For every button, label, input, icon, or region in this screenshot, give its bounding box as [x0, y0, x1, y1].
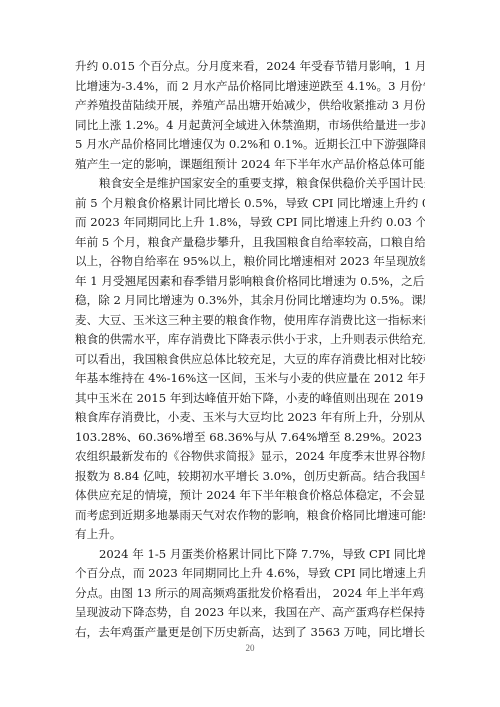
document-page: 升约 0.015 个百分点。分月度来看，2024 年受春节错月影响，1 月水产品…: [0, 0, 500, 707]
text-line: 粮食库存消费比，小麦、玉米与大豆均比 2023 年有所上升，分别从 92.23%…: [75, 408, 425, 428]
text-line: 比增速为-3.4%，而 2 月水产品价格同比增速逆跌至 4.1%。3 月份气温回…: [75, 77, 425, 97]
paragraph-eggs: 2024 年 1-5 月蛋类价格累计同比下降 7.7%，导致 CPI 同比增速下…: [75, 545, 425, 643]
text-line: 年基本维持在 4%-16%这一区间，玉米与小麦的供应量在 2012 年开始大幅上…: [75, 369, 425, 389]
text-line: 年前 5 个月，粮食产量稳步攀升，且我国粮食自给率较高，口粮自给率在 100%: [75, 233, 425, 253]
text-line: 稳，除 2 月同比增速为 0.3%外，其余月份同比增速均为 0.5%。课题组选择…: [75, 291, 425, 311]
text-line: 报数为 8.84 亿吨，较期初水平增长 3.0%，创历史新高。结合我国与世界粮食…: [75, 467, 425, 487]
text-line: 产养殖投苗陆续开展，养殖产品出塘开始减少，供给收紧推动 3 月份水产品价格: [75, 96, 425, 116]
text-line: 103.28%、60.36%增至 68.36%与从 7.64%增至 8.29%。…: [75, 428, 425, 448]
text-line: 农组织最新发布的《谷物供求简报》显示，2024 年度季末世界谷物库存量最新预: [75, 447, 425, 467]
text-line: 可以看出，我国粮食供应总体比较充足，大豆的库存消费比相对比较稳定，近 20: [75, 350, 425, 370]
text-line: 麦、大豆、玉米这三种主要的粮食作物，使用库存消费比这一指标来衡量这三种: [75, 311, 425, 331]
text-line: 体供应充足的情境，预计 2024 年下半年粮食价格总体稳定，不会显著上涨，然: [75, 486, 425, 506]
paragraph-grain: 粮食安全是维护国家安全的重要支撑，粮食保供稳价关乎国计民生。2024 年 前 5…: [75, 174, 425, 545]
text-line: 2024 年 1-5 月蛋类价格累计同比下降 7.7%，导致 CPI 同比增速下…: [75, 545, 425, 565]
text-line: 其中玉米在 2015 年到达峰值开始下降，小麦的峰值则出现在 2019 年。20…: [75, 389, 425, 409]
text-line: 分点。由图 13 所示的周高频鸡蛋批发价格看出， 2024 年上半年鸡蛋价格整体: [75, 584, 425, 604]
text-line: 粮食的供需水平，库存消费比下降表示供小于求，上升则表示供给充足。从图 12: [75, 330, 425, 350]
text-line: 呈现波动下降态势，自 2023 年以来，我国在产、高产蛋鸡存栏保持在 11 亿只…: [75, 603, 425, 623]
text-line: 同比上涨 1.2%。4 月起黄河全域进入休禁渔期，市场供给量进一步减少。4 月和: [75, 116, 425, 136]
text-line: 右，去年鸡蛋产量更是创下历史新高，达到了 3563 万吨，同比增长 3.1%，比…: [75, 623, 425, 643]
page-number: 20: [0, 643, 500, 653]
text-line: 5 月水产品价格同比增速仅为 0.2%和 0.1%。近期长江中下游强降雨也对鱼类…: [75, 135, 425, 155]
text-line: 升约 0.015 个百分点。分月度来看，2024 年受春节错月影响，1 月水产品…: [75, 57, 425, 77]
text-line: 而 2023 年同期同比上升 1.8%，导致 CPI 同比增速上升约 0.03 …: [75, 213, 425, 233]
paragraph-aquatic-products: 升约 0.015 个百分点。分月度来看，2024 年受春节错月影响，1 月水产品…: [75, 57, 425, 174]
text-line: 而考虑到近期多地暴雨天气对农作物的影响，粮食价格同比增速可能较上半年略: [75, 506, 425, 526]
text-line: 个百分点，而 2023 年同期同比上升 4.6%，导致 CPI 同比增速上升约 …: [75, 564, 425, 584]
text-line: 以上，谷物自给率在 95%以上，粮价同比增速相对 2023 年呈现放缓趋势。20…: [75, 252, 425, 272]
text-line: 前 5 个月粮食价格累计同比增长 0.5%，导致 CPI 同比增速上升约 0.0…: [75, 194, 425, 214]
text-line: 殖产生一定的影响，课题组预计 2024 年下半年水产品价格总体可能有所上升。: [75, 155, 425, 175]
body-text: 升约 0.015 个百分点。分月度来看，2024 年受春节错月影响，1 月水产品…: [75, 57, 425, 642]
text-line: 有上升。: [75, 525, 425, 545]
text-line: 年 1 月受翘尾因素和春季错月影响粮食价格同比增速为 0.5%，之后增速保持平: [75, 272, 425, 292]
text-line: 粮食安全是维护国家安全的重要支撑，粮食保供稳价关乎国计民生。2024 年: [75, 174, 425, 194]
